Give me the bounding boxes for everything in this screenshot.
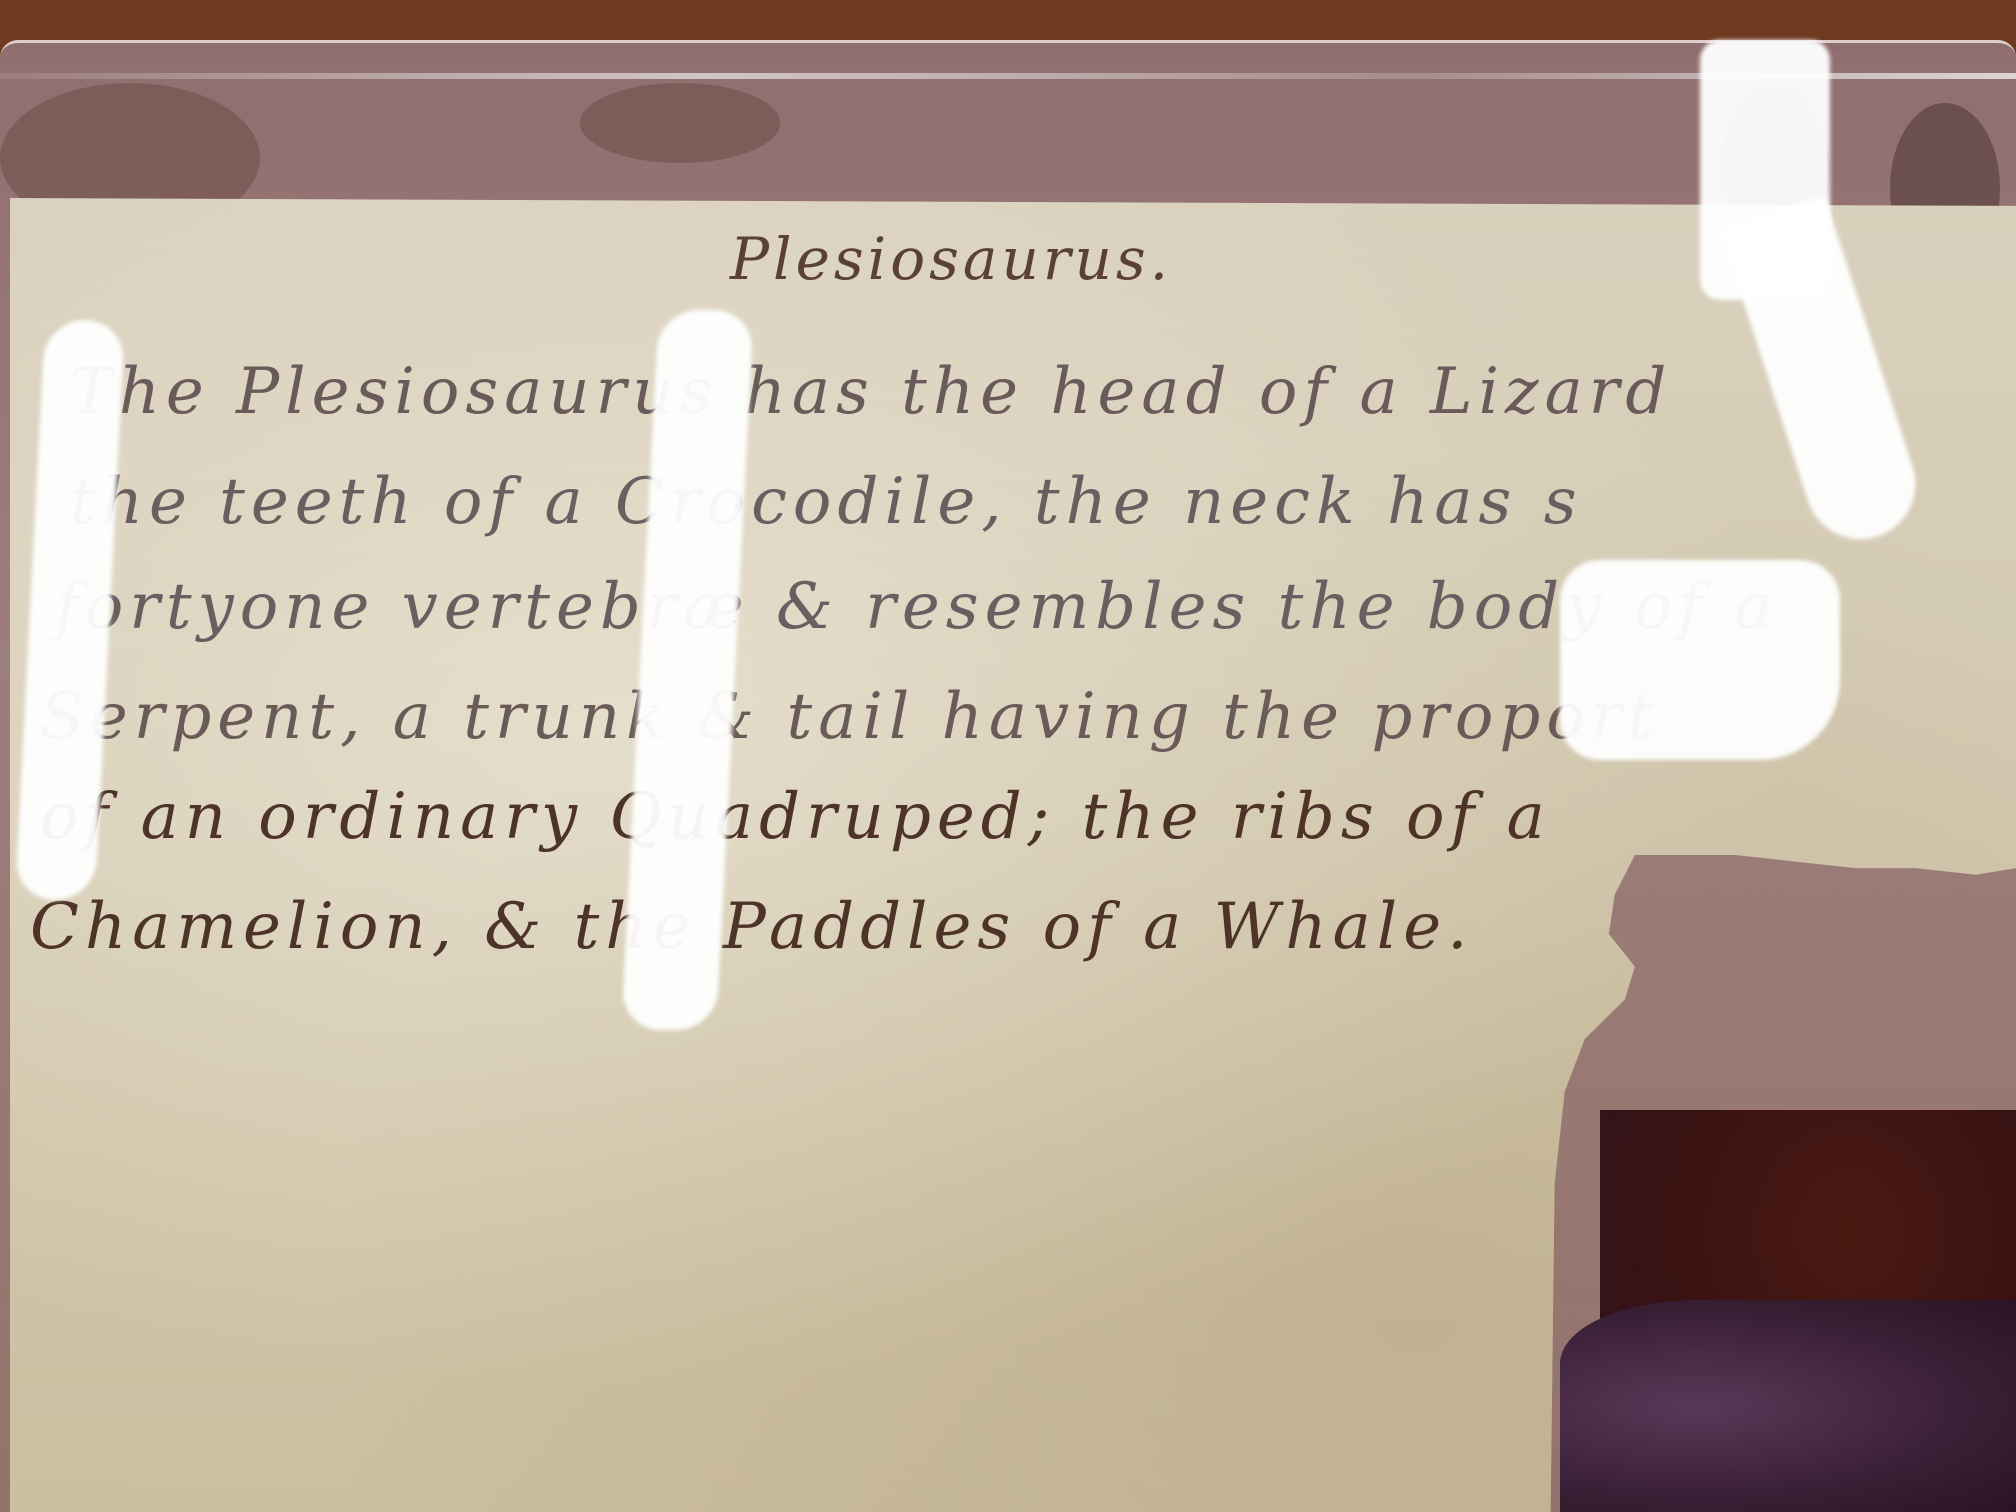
glare-streak (1560, 560, 1840, 760)
reflection (580, 83, 780, 163)
text-line: Serpent, a trunk & tail having the propo… (40, 680, 1659, 754)
fabric-under-case (1560, 1300, 2016, 1512)
text-line: The Plesiosaurus has the head of a Lizar… (70, 355, 1672, 429)
text-line: Chamelion, & the Paddles of a Whale. (30, 890, 1473, 964)
text-line: the teeth of a Crocodile, the neck has s (70, 465, 1583, 539)
document-title: Plesiosaurus. (730, 225, 1172, 293)
text-line: fortyone vertebræ & resembles the body o… (55, 570, 1778, 644)
text-line: of an ordinary Quadruped; the ribs of a (40, 780, 1551, 854)
